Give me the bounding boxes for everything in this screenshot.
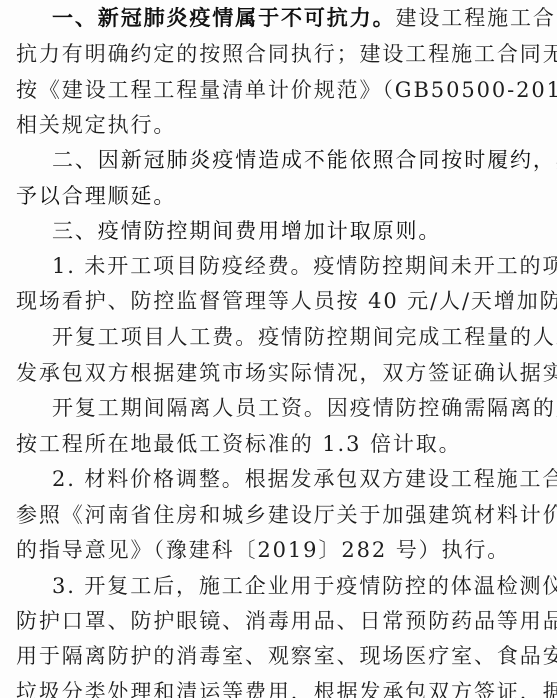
section-heading: 二、因新冠肺炎疫情造成不能依照合同按时履约，其工期应 bbox=[52, 147, 557, 173]
paragraph-line: 抗力有明确约定的按照合同执行；建设工程施工合同无约定的， bbox=[16, 41, 557, 67]
paragraph-line: 用于隔离防护的消毒室、观察室、现场医疗室、食品安全保障， bbox=[16, 643, 557, 669]
paragraph-line: 相关规定执行。 bbox=[16, 112, 176, 138]
paragraph-text: 建设工程施工合同对不可 bbox=[396, 6, 557, 30]
paragraph-line: 予以合理顺延。 bbox=[16, 183, 176, 209]
document-page: 一、新冠肺炎疫情属于不可抗力。建设工程施工合同对不可 抗力有明确约定的按照合同执… bbox=[0, 0, 557, 698]
paragraph-line: 参照《河南省住房和城乡建设厅关于加强建筑材料计价风险管控 bbox=[16, 502, 557, 528]
paragraph-line: 按工程所在地最低工资标准的 1.3 倍计取。 bbox=[16, 431, 462, 457]
paragraph-line: 2. 材料价格调整。根据发承包双方建设工程施工合同约定， bbox=[52, 466, 557, 492]
paragraph-line: 发承包双方根据建筑市场实际情况，双方签证确认据实调整。 bbox=[16, 360, 557, 386]
paragraph-line: 防护口罩、防护眼镜、消毒用品、日常预防药品等用品用具以及 bbox=[16, 608, 557, 634]
section-heading: 一、新冠肺炎疫情属于不可抗力。 bbox=[52, 6, 396, 30]
paragraph-line: 按《建设工程工程量清单计价规范》（GB50500-2013）不可抗力 bbox=[16, 77, 557, 103]
paragraph-line: 开复工项目人工费。疫情防控期间完成工程量的人工费，由 bbox=[52, 324, 557, 350]
paragraph-line: 1. 未开工项目防疫经费。疫情防控期间未开工的项目，工地 bbox=[52, 253, 557, 279]
paragraph-line: 垃圾分类处理和清运等费用，根据发承包双方签证，据实计取。 bbox=[16, 679, 557, 698]
paragraph-line: 3. 开复工后，施工企业用于疫情防控的体温检测仪器、设备、 bbox=[52, 573, 557, 599]
paragraph-line: 的指导意见》（豫建科〔2019〕282 号）执行。 bbox=[16, 537, 510, 563]
paragraph-line: 开复工期间隔离人员工资。因疫情防控确需隔离的人员工资 bbox=[52, 395, 557, 421]
paragraph-line: 现场看护、防控监督管理等人员按 40 元/人/天增加防疫经费。 bbox=[16, 288, 557, 314]
paragraph-line: 一、新冠肺炎疫情属于不可抗力。建设工程施工合同对不可 bbox=[52, 5, 557, 31]
section-heading: 三、疫情防控期间费用增加计取原则。 bbox=[52, 218, 441, 244]
